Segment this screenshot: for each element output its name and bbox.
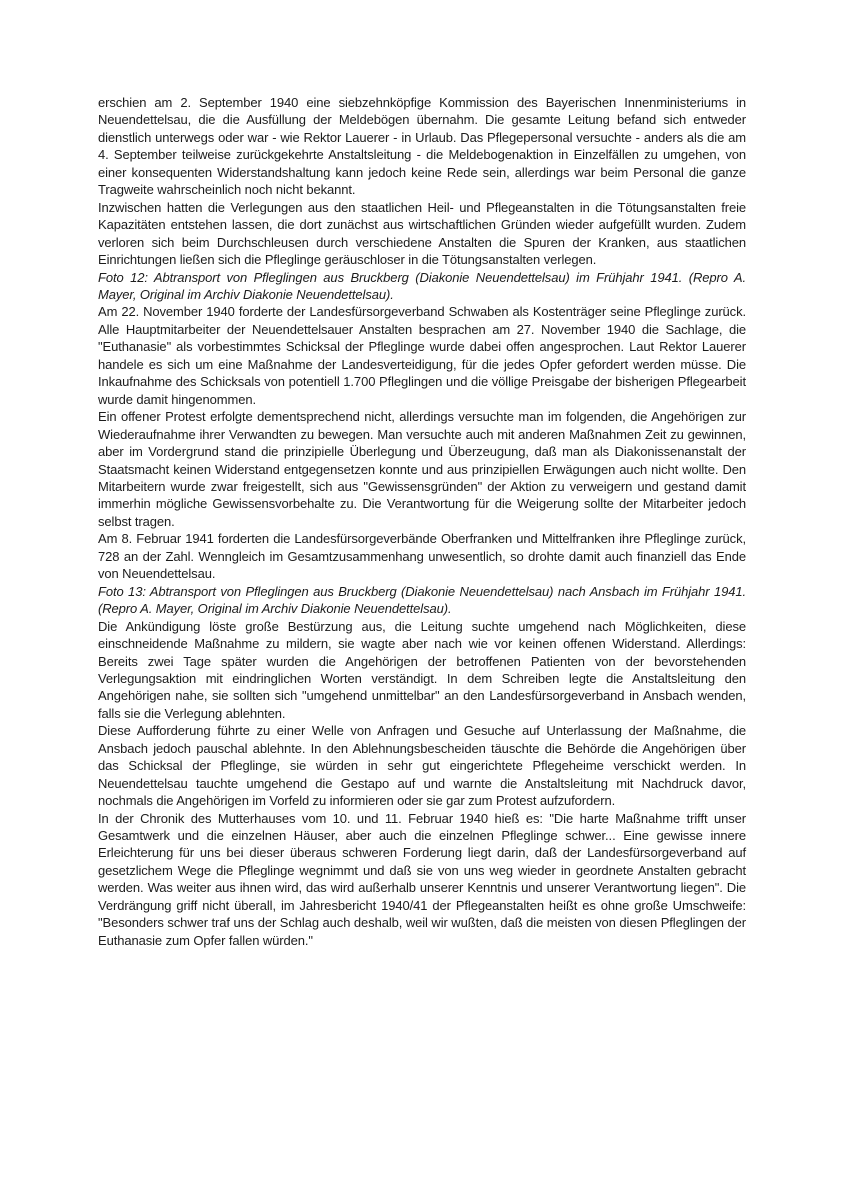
body-paragraph: Diese Aufforderung führte zu einer Welle… — [98, 722, 746, 809]
body-paragraph: Am 22. November 1940 forderte der Landes… — [98, 303, 746, 408]
photo-caption-foto-12: Foto 12: Abtransport von Pfleglingen aus… — [98, 269, 746, 304]
body-paragraph: erschien am 2. September 1940 eine siebz… — [98, 94, 746, 199]
body-paragraph: In der Chronik des Mutterhauses vom 10. … — [98, 810, 746, 950]
photo-caption-foto-13: Foto 13: Abtransport von Pfleglingen aus… — [98, 583, 746, 618]
document-page: erschien am 2. September 1940 eine siebz… — [0, 0, 846, 1197]
body-paragraph: Am 8. Februar 1941 forderten die Landesf… — [98, 530, 746, 582]
text-block: erschien am 2. September 1940 eine siebz… — [98, 94, 746, 949]
body-paragraph: Inzwischen hatten die Verlegungen aus de… — [98, 199, 746, 269]
body-paragraph: Ein offener Protest erfolgte dementsprec… — [98, 408, 746, 530]
body-paragraph: Die Ankündigung löste große Bestürzung a… — [98, 618, 746, 723]
